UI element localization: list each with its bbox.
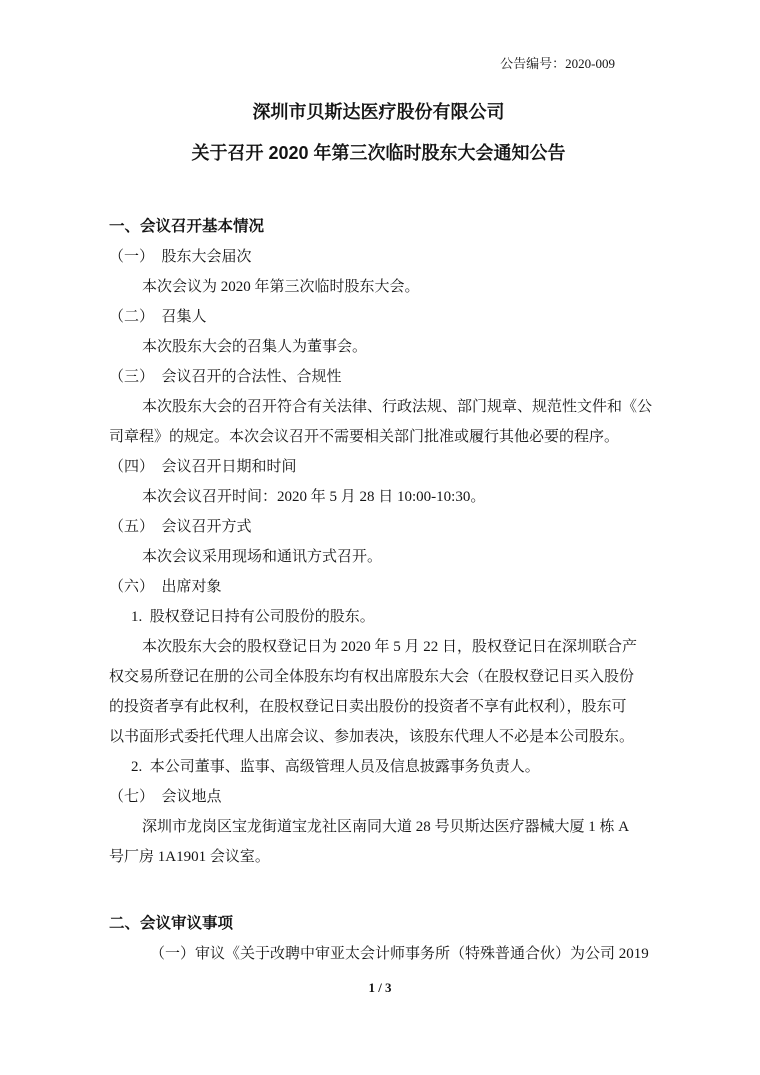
document-title-line2: 关于召开 2020 年第三次临时股东大会通知公告 <box>109 141 648 165</box>
item-4-text: 本次会议召开时间：2020 年 5 月 28 日 10:00-10:30。 <box>109 482 648 512</box>
item-6-point-1-para-line-1: 本次股东大会的股权登记日为 2020 年 5 月 22 日，股权登记日在深圳联合… <box>109 632 648 662</box>
section-2-heading: 二、会议审议事项 <box>109 909 648 939</box>
item-6-point-1-para-line-4: 以书面形式委托代理人出席会议、参加表决，该股东代理人不必是本公司股东。 <box>109 722 648 752</box>
document-title-line1: 深圳市贝斯达医疗股份有限公司 <box>109 100 648 124</box>
item-1-heading: （一） 股东大会届次 <box>109 242 648 272</box>
page-number: 1 / 3 <box>0 980 760 996</box>
announcement-number: 公告编号：2020-009 <box>500 55 615 73</box>
document-page: 公告编号：2020-009 深圳市贝斯达医疗股份有限公司 关于召开 2020 年… <box>0 0 760 1075</box>
item-7-text-line-1: 深圳市龙岗区宝龙街道宝龙社区南同大道 28 号贝斯达医疗器械大厦 1 栋 A <box>109 812 648 842</box>
item-2-heading: （二） 召集人 <box>109 302 648 332</box>
item-6-point-1: 1. 股权登记日持有公司股份的股东。 <box>109 602 648 632</box>
item-6-heading: （六） 出席对象 <box>109 572 648 602</box>
section-2-text-line-1: （一）审议《关于改聘中审亚太会计师事务所（特殊普通合伙）为公司 2019 <box>109 939 648 969</box>
item-6-point-2: 2. 本公司董事、监事、高级管理人员及信息披露事务负责人。 <box>109 752 648 782</box>
document-body: 一、会议召开基本情况 （一） 股东大会届次 本次会议为 2020 年第三次临时股… <box>109 212 648 969</box>
item-2-text: 本次股东大会的召集人为董事会。 <box>109 332 648 362</box>
item-6-point-1-para-line-2: 权交易所登记在册的公司全体股东均有权出席股东大会（在股权登记日买入股份 <box>109 662 648 692</box>
item-7-text-line-2: 号厂房 1A1901 会议室。 <box>109 842 648 872</box>
item-3-heading: （三） 会议召开的合法性、合规性 <box>109 362 648 392</box>
item-3-text-line-1: 本次股东大会的召开符合有关法律、行政法规、部门规章、规范性文件和《公 <box>109 392 648 422</box>
item-4-heading: （四） 会议召开日期和时间 <box>109 452 648 482</box>
item-5-heading: （五） 会议召开方式 <box>109 512 648 542</box>
item-7-heading: （七） 会议地点 <box>109 782 648 812</box>
item-3-text-line-2: 司章程》的规定。本次会议召开不需要相关部门批准或履行其他必要的程序。 <box>109 422 648 452</box>
section-1-heading: 一、会议召开基本情况 <box>109 212 648 242</box>
item-6-point-1-para-line-3: 的投资者享有此权利，在股权登记日卖出股份的投资者不享有此权利），股东可 <box>109 692 648 722</box>
item-5-text: 本次会议采用现场和通讯方式召开。 <box>109 542 648 572</box>
item-1-text: 本次会议为 2020 年第三次临时股东大会。 <box>109 272 648 302</box>
